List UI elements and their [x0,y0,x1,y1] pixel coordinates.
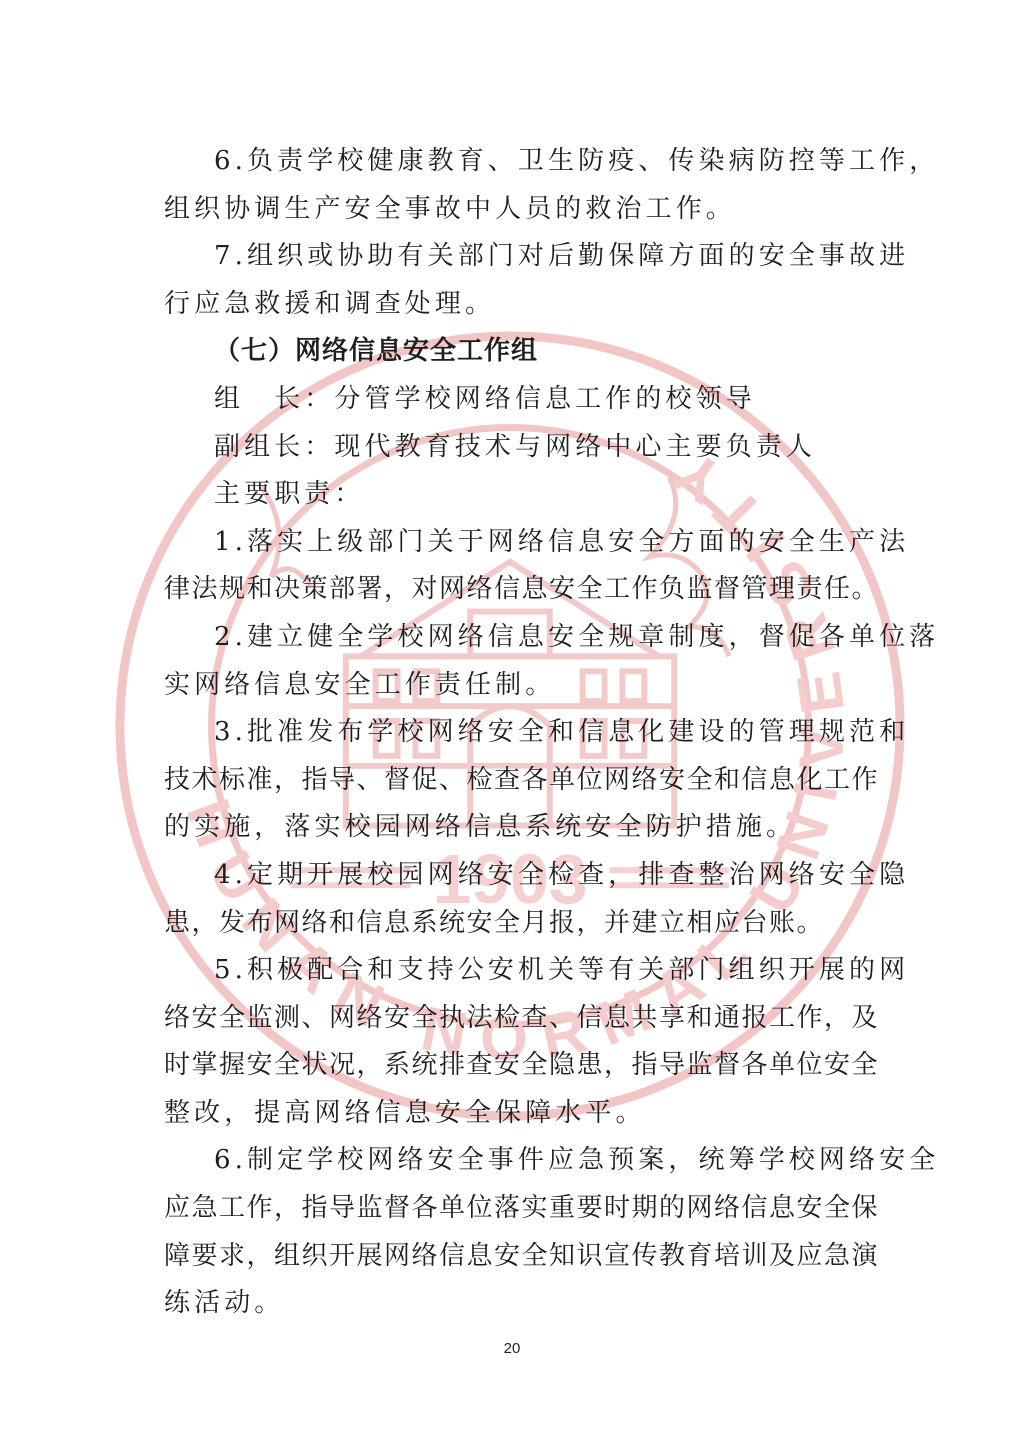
text-line: 行应急救援和调查处理。 [164,281,870,329]
section-heading: （七）网络信息安全工作组 [164,328,870,376]
deputy-leader-line: 副组长：现代教育技术与网络中心主要负责人 [164,424,870,472]
document-body: 6.负责学校健康教育、卫生防疫、传染病防控等工作， 组织协调生产安全事故中人员的… [164,138,870,1328]
duty-item-2: 2.建立健全学校网络信息安全规章制度，督促各单位落 实网络信息安全工作责任制。 [164,614,870,709]
text-line: 7.组织或协助有关部门对后勤保障方面的安全事故进 [164,233,870,281]
duty-item-6: 6.制定学校网络安全事件应急预案，统筹学校网络安全 应急工作，指导监督各单位落实… [164,1137,870,1327]
text-line: 整改，提高网络信息安全保障水平。 [164,1090,870,1138]
leader-label: 组 长： [214,384,334,414]
text-line: 5.积极配合和支持公安机关等有关部门组织开展的网 [164,947,870,995]
text-line: 3.批准发布学校网络安全和信息化建设的管理规范和 [164,709,870,757]
text-line: 实网络信息安全工作责任制。 [164,662,870,710]
text-line: 4.定期开展校园网络安全检查，排查整治网络安全隐 [164,852,870,900]
duty-item-1: 1.落实上级部门关于网络信息安全方面的安全生产法 律法规和决策部署，对网络信息安… [164,519,870,614]
text-line: 患，发布网络和信息系统安全月报，并建立相应台账。 [164,900,870,948]
leader-value: 分管学校网络信息工作的校领导 [334,384,755,414]
deputy-label: 副组长： [214,432,334,462]
text-line: 障要求，组织开展网络信息安全知识宣传教育培训及应急演 [164,1233,870,1281]
text-line: 应急工作，指导监督各单位落实重要时期的网络信息安全保 [164,1185,870,1233]
text-line: 络安全监测、网络安全执法检查、信息共享和通报工作，及 [164,995,870,1043]
text-line: 组织协调生产安全事故中人员的救治工作。 [164,186,870,234]
text-line: 1.落实上级部门关于网络信息安全方面的安全生产法 [164,519,870,567]
text-line: 练活动。 [164,1280,870,1328]
text-line: 6.制定学校网络安全事件应急预案，统筹学校网络安全 [164,1137,870,1185]
duty-item-4: 4.定期开展校园网络安全检查，排查整治网络安全隐 患，发布网络和信息系统安全月报… [164,852,870,947]
network-security-group-section: （七）网络信息安全工作组 组 长：分管学校网络信息工作的校领导 副组长：现代教育… [164,328,870,1327]
text-line: 6.负责学校健康教育、卫生防疫、传染病防控等工作， [164,138,870,186]
paragraph-item-6: 6.负责学校健康教育、卫生防疫、传染病防控等工作， 组织协调生产安全事故中人员的… [164,138,870,233]
text-line: 技术标准，指导、督促、检查各单位网络安全和信息化工作 [164,757,870,805]
duty-item-5: 5.积极配合和支持公安机关等有关部门组织开展的网 络安全监测、网络安全执法检查、… [164,947,870,1137]
previous-section-continued: 6.负责学校健康教育、卫生防疫、传染病防控等工作， 组织协调生产安全事故中人员的… [164,138,870,328]
duty-item-3: 3.批准发布学校网络安全和信息化建设的管理规范和 技术标准，指导、督促、检查各单… [164,709,870,852]
paragraph-item-7: 7.组织或协助有关部门对后勤保障方面的安全事故进 行应急救援和调查处理。 [164,233,870,328]
text-line: 的实施，落实校园网络信息系统安全防护措施。 [164,804,870,852]
text-line: 律法规和决策部署，对网络信息安全工作负监督管理责任。 [164,566,870,614]
page-number: 20 [0,1340,1024,1357]
group-leader-line: 组 长：分管学校网络信息工作的校领导 [164,376,870,424]
text-line: 时掌握安全状况，系统排查安全隐患，指导监督各单位安全 [164,1042,870,1090]
text-line: 2.建立健全学校网络信息安全规章制度，督促各单位落 [164,614,870,662]
deputy-value: 现代教育技术与网络中心主要负责人 [334,432,816,462]
duties-label: 主要职责： [164,471,870,519]
